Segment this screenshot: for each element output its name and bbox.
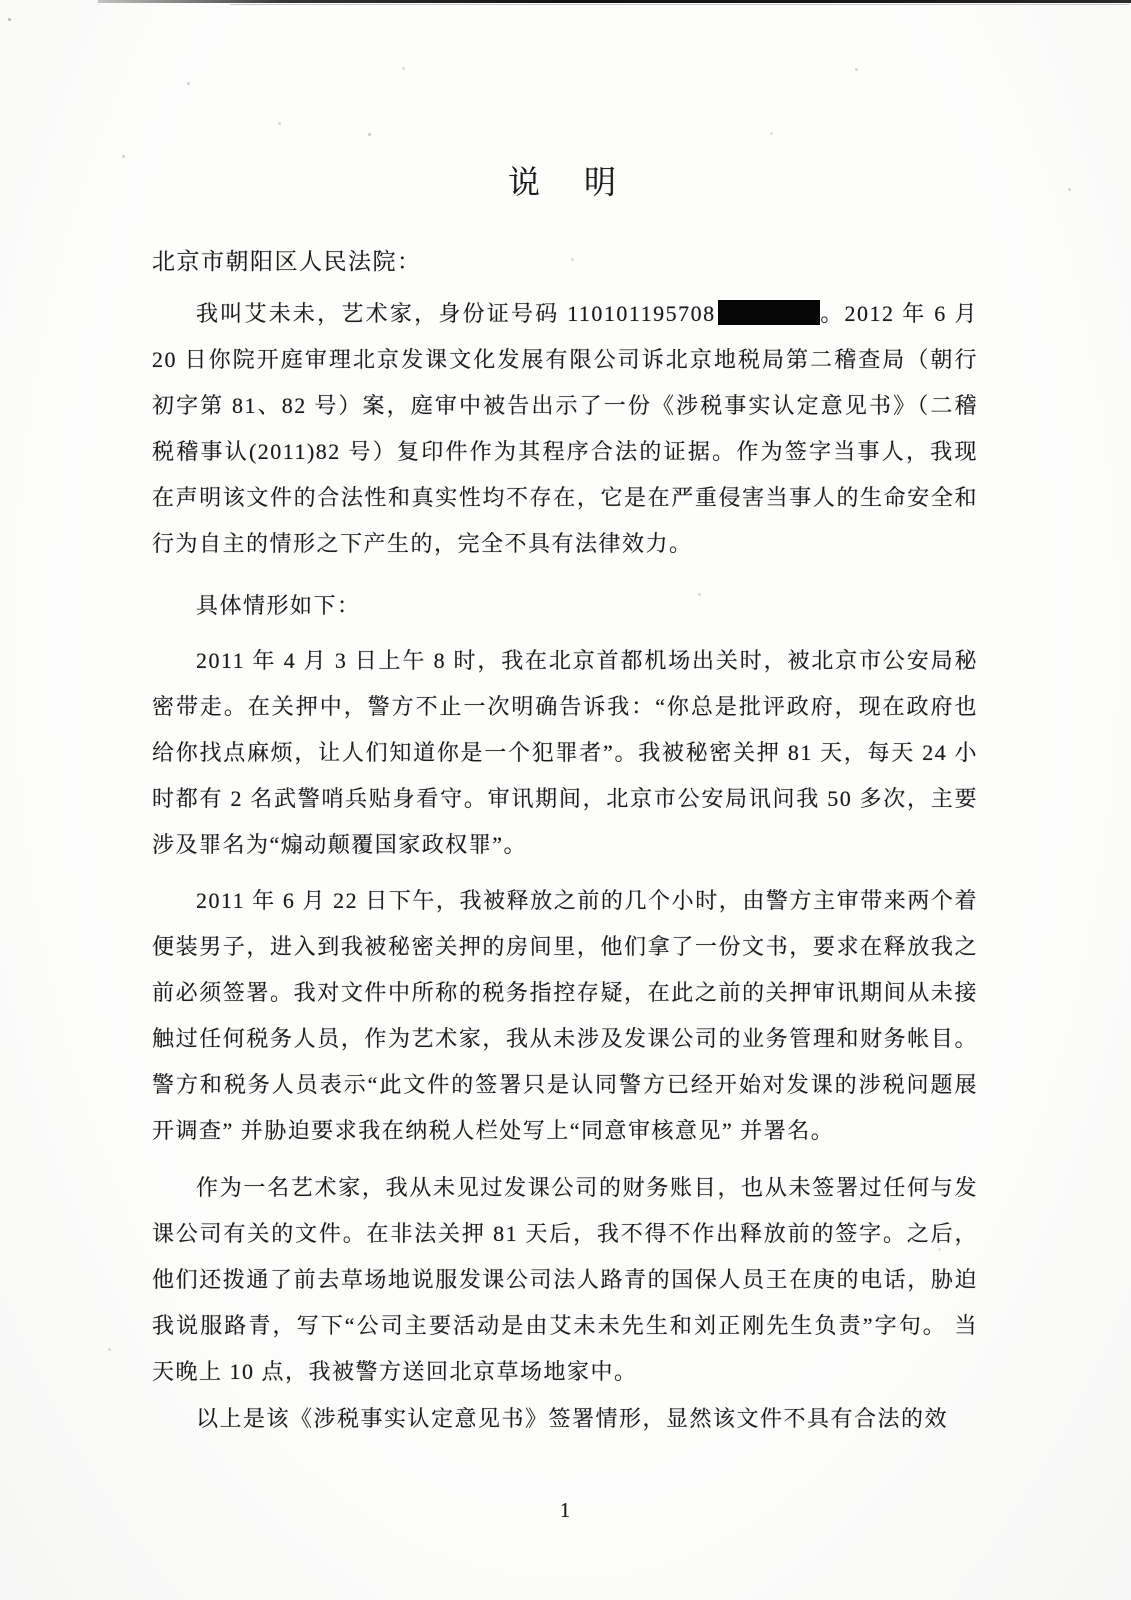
section-header-details: 具体情形如下： <box>152 583 978 629</box>
scanner-edge-artifact-faint <box>230 4 1129 5</box>
scanned-document-page: 说 明 北京市朝阳区人民法院： 我叫艾未未，艺术家，身份证号码 11010119… <box>0 0 1131 1600</box>
page-number: 1 <box>152 1497 978 1523</box>
paragraph-text-after-redaction: 。2012 年 6 月 20 日你院开庭审理北京发课文化发展有限公司诉北京地税局… <box>152 301 978 556</box>
salutation-line: 北京市朝阳区人民法院： <box>152 247 978 277</box>
scan-noise-specks <box>8 18 11 21</box>
paragraph-signing-account: 2011 年 6 月 22 日下午，我被释放之前的几个小时，由警方主审带来两个着… <box>152 878 978 1154</box>
paragraph-identity-statement: 我叫艾未未，艺术家，身份证号码 110101195708。2012 年 6 月 … <box>152 291 978 567</box>
paragraph-text-before-redaction: 我叫艾未未，艺术家，身份证号码 110101195708 <box>196 301 716 326</box>
paragraph-release-account: 作为一名艺术家，我从未见过发课公司的财务账目，也从未签署过任何与发课公司有关的文… <box>152 1165 978 1395</box>
redaction-box <box>718 300 820 325</box>
document-title: 说 明 <box>152 163 978 201</box>
scanner-edge-artifact <box>98 0 1131 3</box>
paragraph-detention-account: 2011 年 4 月 3 日上午 8 时，我在北京首都机场出关时，被北京市公安局… <box>152 638 978 868</box>
paragraph-conclusion-start: 以上是该《涉税事实认定意见书》签署情形，显然该文件不具有合法的效 <box>152 1396 978 1442</box>
